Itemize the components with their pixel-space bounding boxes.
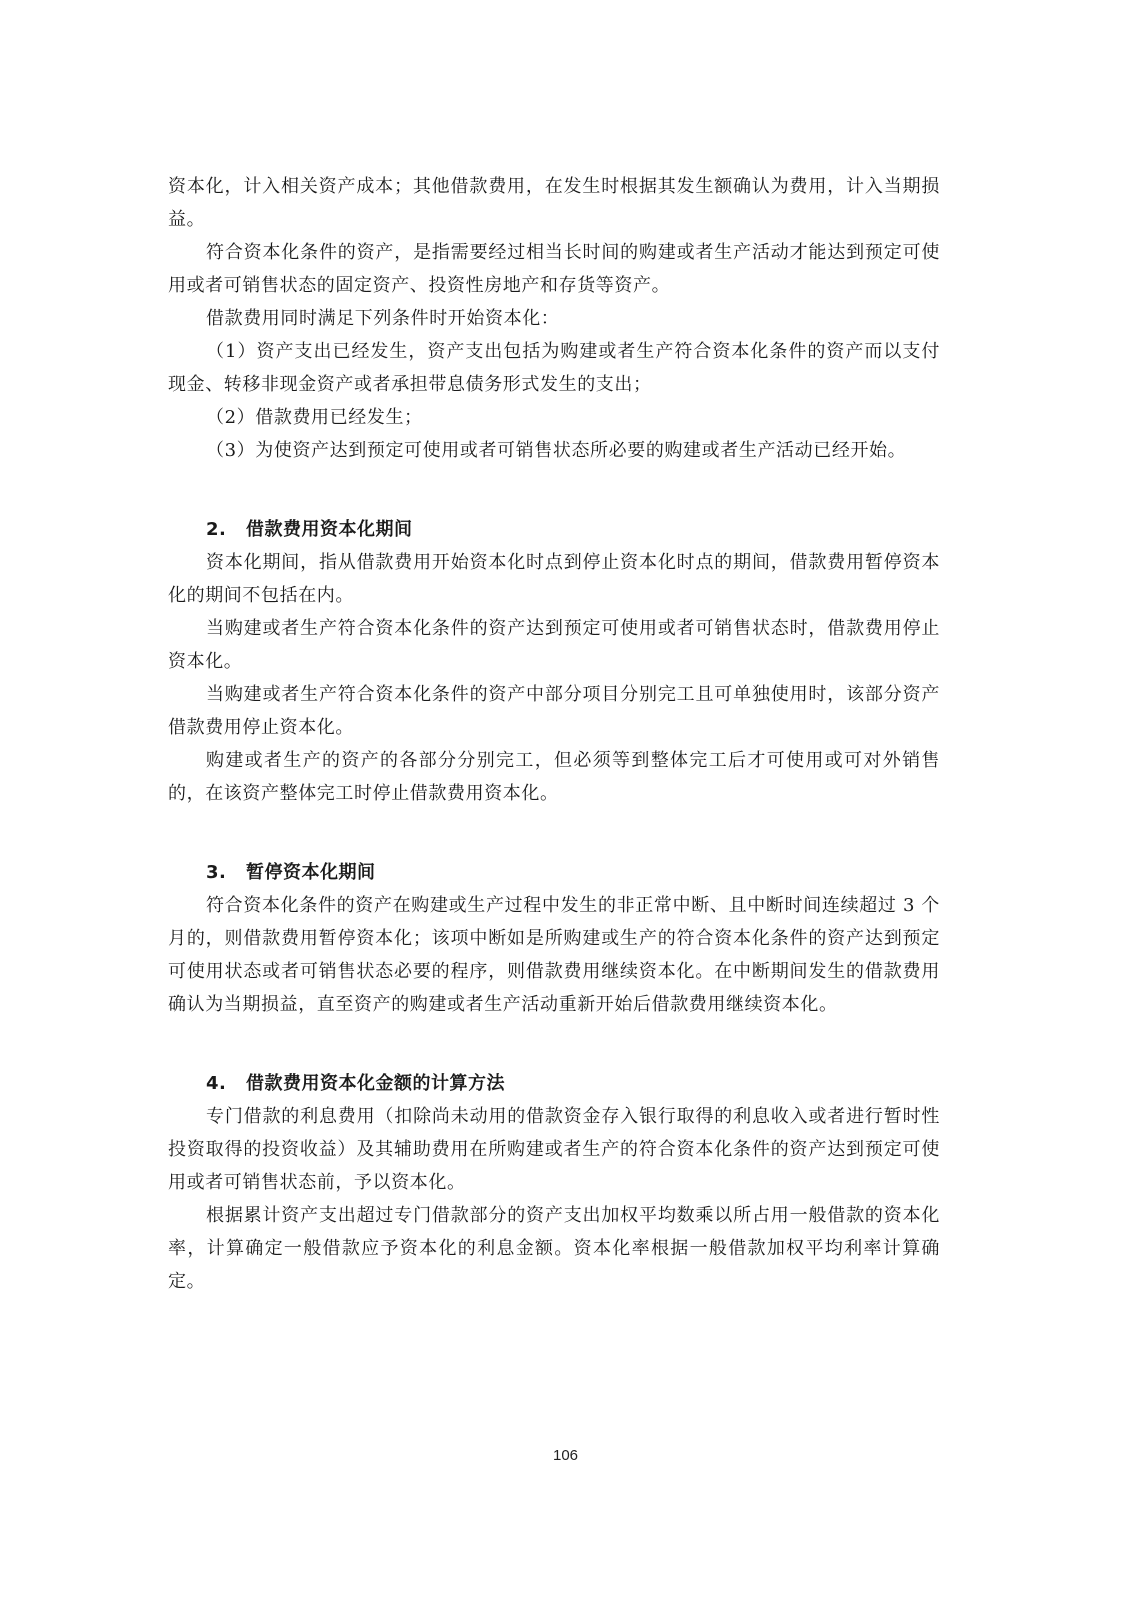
section-title: 借款费用资本化期间 [246,519,413,540]
document-page: 资本化，计入相关资产成本；其他借款费用，在发生时根据其发生额确认为费用，计入当期… [0,0,1131,1600]
paragraph: 资本化，计入相关资产成本；其他借款费用，在发生时根据其发生额确认为费用，计入当期… [168,170,940,236]
list-item-condition-2: （2）借款费用已经发生； [168,401,940,434]
section-number: 4. [206,1067,246,1100]
paragraph: 借款费用同时满足下列条件时开始资本化： [168,302,940,335]
paragraph: 当购建或者生产符合资本化条件的资产中部分项目分别完工且可单独使用时，该部分资产借… [168,678,940,744]
section-number: 2. [206,513,246,546]
paragraph: 资本化期间，指从借款费用开始资本化时点到停止资本化时点的期间，借款费用暂停资本化… [168,546,940,612]
section-title: 借款费用资本化金额的计算方法 [246,1073,505,1094]
list-item-condition-1: （1）资产支出已经发生，资产支出包括为购建或者生产符合资本化条件的资产而以支付现… [168,335,940,401]
paragraph: 购建或者生产的资产的各部分分别完工，但必须等到整体完工后才可使用或可对外销售的，… [168,744,940,810]
spacer [168,1021,940,1067]
paragraph: 专门借款的利息费用（扣除尚未动用的借款资金存入银行取得的利息收入或者进行暂时性投… [168,1100,940,1199]
section-heading-2: 2.借款费用资本化期间 [168,513,940,546]
section-number: 3. [206,856,246,889]
section-heading-4: 4.借款费用资本化金额的计算方法 [168,1067,940,1100]
paragraph: 符合资本化条件的资产在购建或生产过程中发生的非正常中断、且中断时间连续超过 3 … [168,889,940,1021]
spacer [168,467,940,513]
spacer [168,810,940,856]
section-title: 暂停资本化期间 [246,862,376,883]
list-item-condition-3: （3）为使资产达到预定可使用或者可销售状态所必要的购建或者生产活动已经开始。 [168,434,940,467]
paragraph: 当购建或者生产符合资本化条件的资产达到预定可使用或者可销售状态时，借款费用停止资… [168,612,940,678]
paragraph: 符合资本化条件的资产，是指需要经过相当长时间的购建或者生产活动才能达到预定可使用… [168,236,940,302]
paragraph: 根据累计资产支出超过专门借款部分的资产支出加权平均数乘以所占用一般借款的资本化率… [168,1199,940,1298]
section-heading-3: 3.暂停资本化期间 [168,856,940,889]
page-content: 资本化，计入相关资产成本；其他借款费用，在发生时根据其发生额确认为费用，计入当期… [168,170,940,1298]
page-number: 106 [0,1447,1131,1464]
